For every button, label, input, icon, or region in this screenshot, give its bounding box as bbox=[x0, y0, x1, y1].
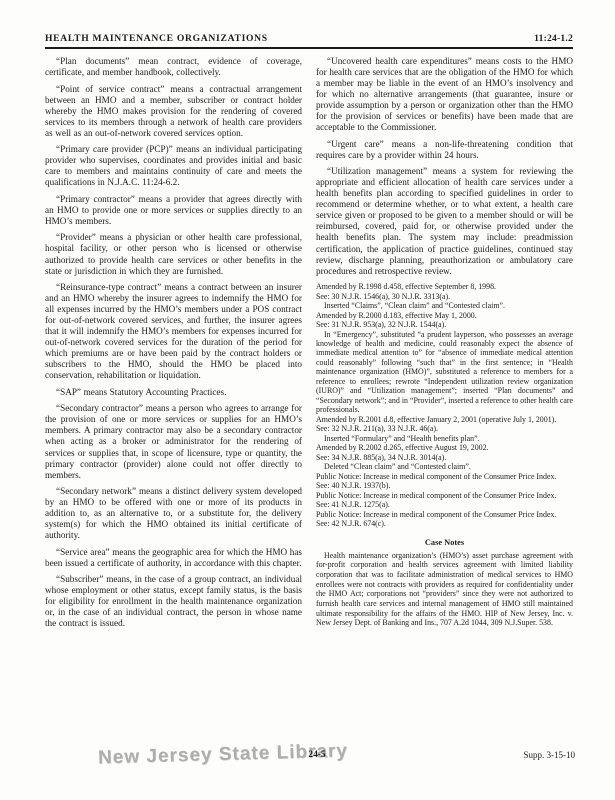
definition-paragraph: “Reinsurance-type contract” means a cont… bbox=[45, 282, 302, 381]
history-note-line: Amended by R.2000 d.183, effective May 1… bbox=[316, 311, 573, 320]
document-page: HEALTH MAINTENANCE ORGANIZATIONS 11:24-1… bbox=[0, 0, 615, 800]
definition-paragraph: “Primary care provider (PCP)” means an i… bbox=[45, 144, 302, 188]
page-header: HEALTH MAINTENANCE ORGANIZATIONS 11:24-1… bbox=[45, 33, 573, 44]
left-column: “Plan documents” mean contract, evidence… bbox=[45, 56, 302, 738]
history-note-line: See: 42 N.J.R. 674(c). bbox=[316, 519, 573, 528]
history-note-line: Inserted “Claims”, “Clean claim” and “Co… bbox=[316, 301, 573, 310]
case-notes-body: Health maintenance organization’s (HMO’s… bbox=[316, 551, 573, 628]
supplement-label: Supp. 3-15-10 bbox=[524, 750, 576, 760]
history-note-line: See: 31 N.J.R. 953(a), 32 N.J.R. 1544(a)… bbox=[316, 320, 573, 329]
header-citation: 11:24-1.2 bbox=[534, 33, 573, 44]
definition-paragraph: “Subscriber” means, in the case of a gro… bbox=[45, 574, 302, 629]
history-note-line: Amended by R.2001 d.8, effective January… bbox=[316, 415, 573, 424]
definition-paragraph: “Secondary network” means a distinct del… bbox=[45, 486, 302, 541]
definition-paragraph: “SAP” means Statutory Accounting Practic… bbox=[45, 387, 302, 398]
history-note-line: See: 32 N.J.R. 211(a), 33 N.J.R. 46(a). bbox=[316, 424, 573, 433]
history-notes: Amended by R.1998 d.458, effective Septe… bbox=[316, 282, 573, 529]
history-note-line: Amended by R.1998 d.458, effective Septe… bbox=[316, 282, 573, 291]
definition-paragraph: “Urgent care” means a non-life-threateni… bbox=[316, 139, 573, 161]
history-note-line: See: 30 N.J.R. 1546(a), 30 N.J.R. 3313(a… bbox=[316, 292, 573, 301]
definition-paragraph: “Service area” means the geographic area… bbox=[45, 547, 302, 569]
history-note-line: Public Notice: Increase in medical compo… bbox=[316, 510, 573, 519]
history-note-line: Amended by R.2002 d.265, effective Augus… bbox=[316, 443, 573, 452]
definition-paragraph: “Uncovered health care expenditures” mea… bbox=[316, 56, 573, 133]
body-columns: “Plan documents” mean contract, evidence… bbox=[45, 56, 573, 738]
right-column: “Uncovered health care expenditures” mea… bbox=[316, 56, 573, 738]
history-note-line: See: 40 N.J.R. 1937(b). bbox=[316, 481, 573, 490]
history-note-line: Deleted “Clean claim” and “Contested cla… bbox=[316, 462, 573, 471]
history-note-line: In “Emergency”, substituted “a prudent l… bbox=[316, 330, 573, 415]
history-note-line: See: 34 N.J.R. 885(a), 34 N.J.R. 3014(a)… bbox=[316, 453, 573, 462]
definition-paragraph: “Provider” means a physician or other he… bbox=[45, 232, 302, 276]
definition-paragraph: “Utilization management” means a system … bbox=[316, 166, 573, 276]
history-note-line: Public Notice: Increase in medical compo… bbox=[316, 472, 573, 481]
header-rule bbox=[45, 47, 573, 49]
history-note-line: Public Notice: Increase in medical compo… bbox=[316, 491, 573, 500]
page-number: 24-5 bbox=[287, 750, 347, 760]
case-notes-heading: Case Notes bbox=[316, 538, 573, 547]
history-note-line: See: 41 N.J.R. 1275(a). bbox=[316, 500, 573, 509]
history-note-line: Inserted “Formulary” and “Health benefit… bbox=[316, 434, 573, 443]
definition-paragraph: “Secondary contractor” means a person wh… bbox=[45, 403, 302, 480]
header-title: HEALTH MAINTENANCE ORGANIZATIONS bbox=[45, 33, 268, 44]
definition-paragraph: “Plan documents” mean contract, evidence… bbox=[45, 56, 302, 78]
definition-paragraph: “Primary contractor” means a provider th… bbox=[45, 194, 302, 227]
page-footer: New Jersey State Library 24-5 Supp. 3-15… bbox=[0, 742, 615, 782]
definition-paragraph: “Point of service contract” means a cont… bbox=[45, 84, 302, 139]
